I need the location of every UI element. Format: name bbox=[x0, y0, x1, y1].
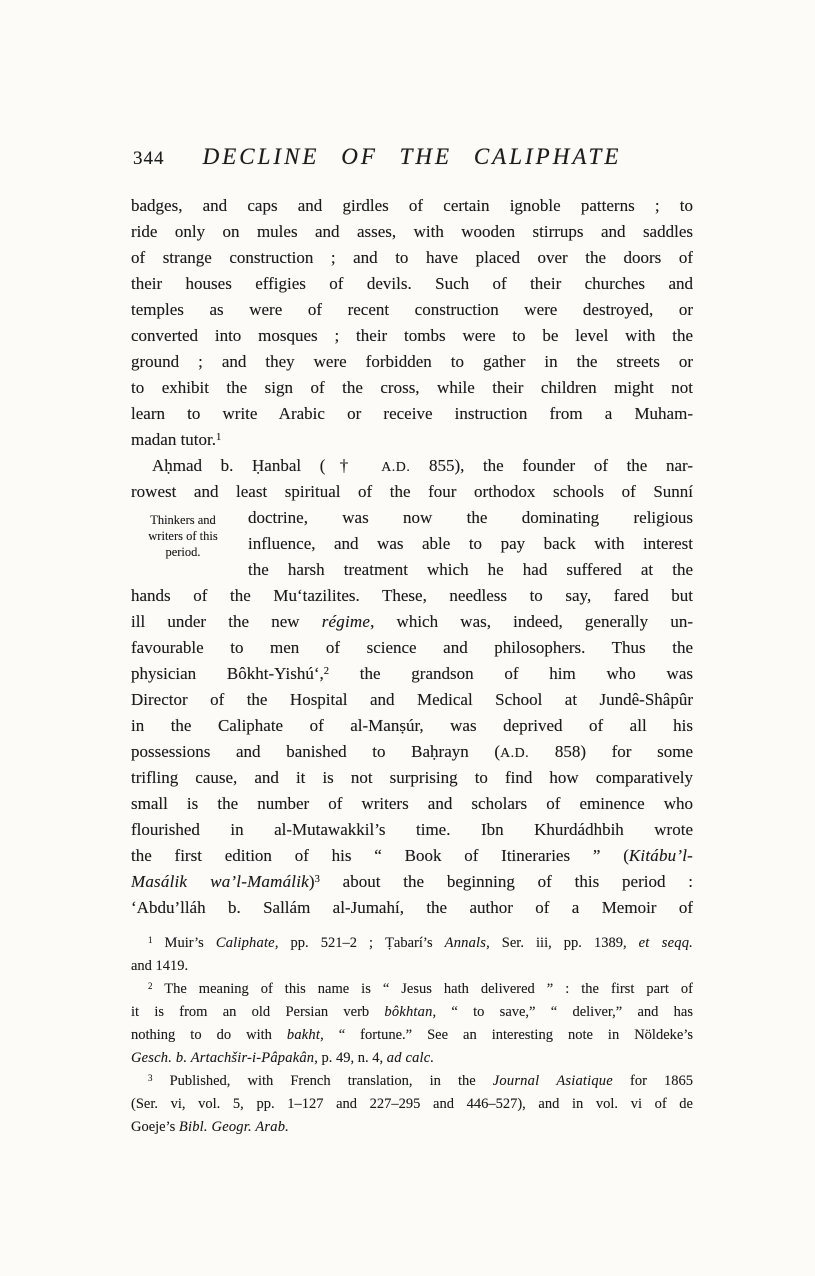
text-line: of strange construction ; and to have pl… bbox=[131, 245, 693, 271]
text-line: badges, and caps and girdles of certain … bbox=[131, 193, 693, 219]
paragraph-1: badges, and caps and girdles of certain … bbox=[131, 193, 693, 453]
text-line: 1 Muir’s Caliphate, pp. 521–2 ; Ṭabarí’s… bbox=[131, 932, 693, 955]
text-line: Gesch. b. Artachšir-i-Pâpakân, p. 49, n.… bbox=[131, 1047, 693, 1070]
text-line: doctrine, was now the dominating religio… bbox=[248, 505, 693, 531]
footnotes-section: 1 Muir’s Caliphate, pp. 521–2 ; Ṭabarí’s… bbox=[131, 932, 693, 1139]
text-line: the harsh treatment which he had suffere… bbox=[248, 557, 693, 583]
text-line: madan tutor.1 bbox=[131, 427, 693, 453]
text-line: small is the number of writers and schol… bbox=[131, 791, 693, 817]
footnote-3: 3 Published, with French translation, in… bbox=[131, 1070, 693, 1139]
text-line: Goeje’s Bibl. Geogr. Arab. bbox=[131, 1116, 693, 1139]
text-line: to exhibit the sign of the cross, while … bbox=[131, 375, 693, 401]
text-line: Thinkers and bbox=[131, 512, 235, 528]
text-line: Masálik wa’l-Mamálik)3 about the beginni… bbox=[131, 869, 693, 895]
text-line: converted into mosques ; their tombs wer… bbox=[131, 323, 693, 349]
page-header: 344 DECLINE OF THE CALIPHATE bbox=[131, 144, 693, 174]
text-line: it is from an old Persian verb bôkhtan, … bbox=[131, 1001, 693, 1024]
page-body: badges, and caps and girdles of certain … bbox=[131, 193, 693, 1139]
margin-note-row: Thinkers andwriters of thisperiod. doctr… bbox=[131, 505, 693, 583]
text-line: temples as were of recent construction w… bbox=[131, 297, 693, 323]
book-page: 344 DECLINE OF THE CALIPHATE badges, and… bbox=[0, 0, 815, 1276]
footnote-1: 1 Muir’s Caliphate, pp. 521–2 ; Ṭabarí’s… bbox=[131, 932, 693, 978]
text-line: 2 The meaning of this name is “ Jesus ha… bbox=[131, 978, 693, 1001]
text-line: Aḥmad b. Ḥanbal († A.D. 855), the founde… bbox=[131, 453, 693, 479]
text-line: ill under the new régime, which was, ind… bbox=[131, 609, 693, 635]
paragraph-2-start: Aḥmad b. Ḥanbal († A.D. 855), the founde… bbox=[131, 453, 693, 505]
text-line: writers of this bbox=[131, 528, 235, 544]
text-line: rowest and least spiritual of the four o… bbox=[131, 479, 693, 505]
text-line: possessions and banished to Baḥrayn (A.D… bbox=[131, 739, 693, 765]
running-title: DECLINE OF THE CALIPHATE bbox=[131, 144, 693, 170]
text-line: (Ser. vi, vol. 5, pp. 1–127 and 227–295 … bbox=[131, 1093, 693, 1116]
text-line: flourished in al-Mutawakkil’s time. Ibn … bbox=[131, 817, 693, 843]
paragraph-2-end: hands of the Mu‘tazilites. These, needle… bbox=[131, 583, 693, 921]
text-line: influence, and was able to pay back with… bbox=[248, 531, 693, 557]
text-line: learn to write Arabic or receive instruc… bbox=[131, 401, 693, 427]
text-line: and 1419. bbox=[131, 955, 693, 978]
text-line: period. bbox=[131, 544, 235, 560]
footnote-2: 2 The meaning of this name is “ Jesus ha… bbox=[131, 978, 693, 1070]
text-line: physician Bôkht-Yishú‘,2 the grandson of… bbox=[131, 661, 693, 687]
text-line: favourable to men of science and philoso… bbox=[131, 635, 693, 661]
text-line: nothing to do with bakht, “ fortune.” Se… bbox=[131, 1024, 693, 1047]
margin-note: Thinkers andwriters of thisperiod. bbox=[131, 505, 235, 583]
text-line: ride only on mules and asses, with woode… bbox=[131, 219, 693, 245]
paragraph-2-indented: doctrine, was now the dominating religio… bbox=[235, 505, 693, 583]
text-line: hands of the Mu‘tazilites. These, needle… bbox=[131, 583, 693, 609]
text-line: Director of the Hospital and Medical Sch… bbox=[131, 687, 693, 713]
text-line: 3 Published, with French translation, in… bbox=[131, 1070, 693, 1093]
text-line: ‘Abdu’lláh b. Sallám al-Jumahí, the auth… bbox=[131, 895, 693, 921]
text-line: their houses effigies of devils. Such of… bbox=[131, 271, 693, 297]
text-line: trifling cause, and it is not surprising… bbox=[131, 765, 693, 791]
text-line: the first edition of his “ Book of Itine… bbox=[131, 843, 693, 869]
text-line: in the Caliphate of al-Manṣúr, was depri… bbox=[131, 713, 693, 739]
text-line: ground ; and they were forbidden to gath… bbox=[131, 349, 693, 375]
